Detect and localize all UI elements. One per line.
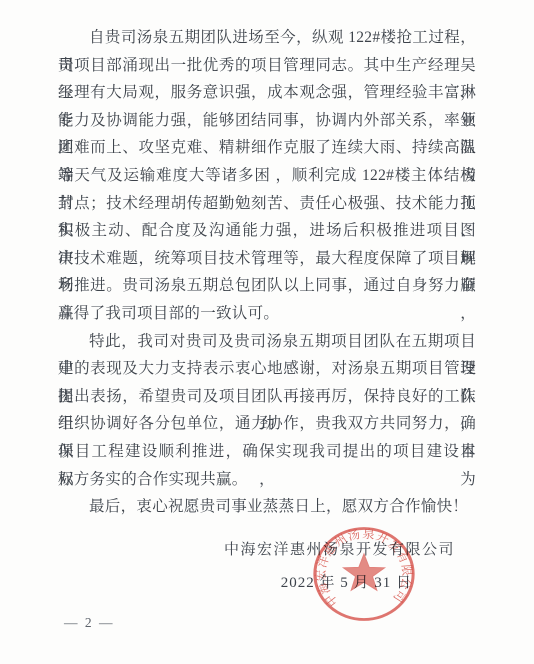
- text-line: 节点；技术经理胡传超勤勉刻苦、责任心极强、技术能力扎实、: [58, 190, 476, 218]
- text-line: 中的表现及大力支持表示衷心地感谢，对汤泉五期项目管理团队: [58, 355, 476, 383]
- text-line: 利推进。贵司汤泉五期总包团队以上同事，通过自身努力奋斗，: [58, 272, 476, 300]
- text-line: 迎难而上、攻坚克难、精耕细作克服了连续大雨、持续高温等极: [58, 134, 476, 162]
- text-line: 提出表扬，希望贵司及项目团队再接再厉，保持良好的工作干劲，: [58, 383, 476, 411]
- text-line: 特此，我司对贵司及贵司汤泉五期项目团队在五期项目建设: [58, 328, 476, 356]
- text-line: 积极主动、配合度及沟通能力强，进场后积极推进项目图审，解: [58, 217, 476, 245]
- text-line: 端天气及运输难度大等诸多困 ，顺利完成 122#楼主体结构封顶: [58, 162, 476, 190]
- text-line: 决技术难题，统筹项目技术管理等，最大程度保障了项目现场顺: [58, 245, 476, 273]
- signature-company-name: 中海宏洋惠州汤泉开发有限公司: [224, 538, 455, 559]
- scanned-letter-page: 自贵司汤泉五期团队进场至今，纵观 122#楼抢工过程，贵 司项目部涌现出一批优秀…: [0, 0, 534, 664]
- text-line: 组织协调好各分包单位，通力协作，贵我双方共同努力，确保本: [58, 410, 476, 438]
- text-line: 司项目部涌现出一批优秀的项目管理同志。其中生产经理吴玉琳: [58, 52, 476, 80]
- letter-body: 自贵司汤泉五期团队进场至今，纵观 122#楼抢工过程，贵 司项目部涌现出一批优秀…: [58, 24, 476, 521]
- text-line: 项目工程建设顺利推进，确保实现我司提出的项目建设目标，为: [58, 438, 476, 466]
- page-number: — 2 —: [64, 615, 115, 631]
- text-line: 能力及协调能力强，能够团结同事，协调内外部关系，率领团队: [58, 107, 476, 135]
- text-line: 经理有大局观，服务意识强，成本观念强，管理经验丰富，专业: [58, 79, 476, 107]
- text-line: 最后，衷心祝愿贵司事业蒸蒸日上，愿双方合作愉快！: [58, 493, 476, 521]
- text-line: 自贵司汤泉五期团队进场至今，纵观 122#楼抢工过程，贵: [58, 24, 476, 52]
- signature-date: 2022 年 5 月 31 日: [281, 571, 412, 592]
